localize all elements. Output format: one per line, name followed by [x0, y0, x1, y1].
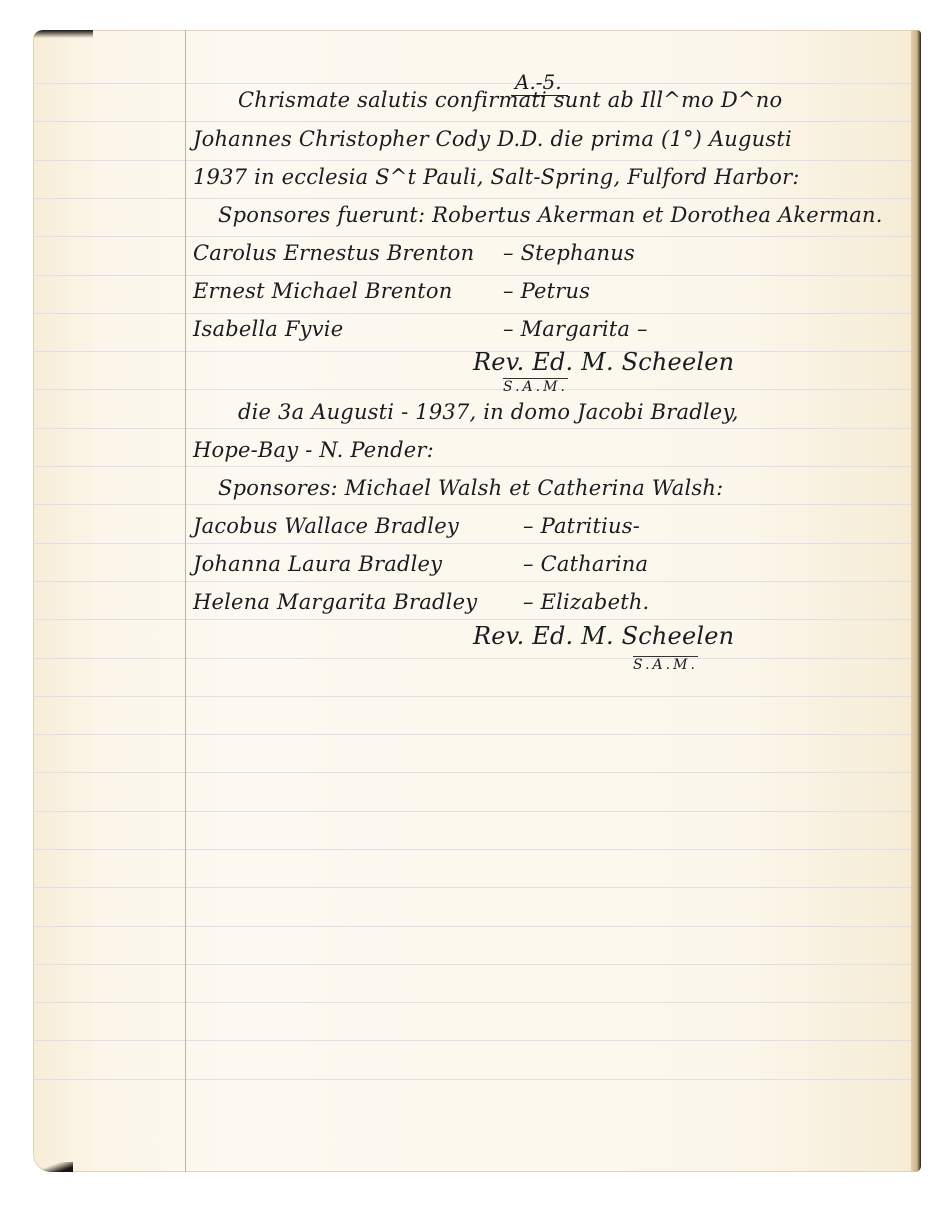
ruled-line — [33, 543, 911, 544]
ruled-line — [33, 198, 911, 199]
confirmation-name: – Stephanus — [503, 241, 635, 265]
ruled-line — [33, 83, 911, 84]
margin-line — [185, 30, 186, 1172]
ruled-line — [33, 504, 911, 505]
confirmation-name: – Catharina — [523, 552, 648, 576]
confirmand-name: Johanna Laura Bradley — [193, 552, 442, 576]
sponsors-line: Sponsores: Michael Walsh et Catherina Wa… — [218, 476, 723, 500]
confirmand-name: Jacobus Wallace Bradley — [193, 514, 459, 538]
ruled-line — [33, 811, 911, 812]
ruled-line — [33, 887, 911, 888]
ruled-line — [33, 849, 911, 850]
confirmand-name: Isabella Fyvie — [193, 317, 343, 341]
confirmation-name: – Petrus — [503, 279, 590, 303]
confirmation-name: – Patritius- — [523, 514, 640, 538]
signature-suffix: S.A.M. — [633, 656, 698, 673]
page-corner-shadow — [33, 30, 93, 38]
ruled-line — [33, 121, 911, 122]
entry-text-line: 1937 in ecclesia S^t Pauli, Salt-Spring,… — [193, 165, 800, 189]
ledger-page: A.-5. Chrismate salutis confirmati sunt … — [33, 30, 921, 1172]
ruled-line — [33, 581, 911, 582]
priest-signature: Rev. Ed. M. Scheelen — [473, 622, 734, 650]
ruled-line — [33, 1040, 911, 1041]
confirmand-name: Ernest Michael Brenton — [193, 279, 453, 303]
page-corner-shadow — [33, 1162, 73, 1172]
ruled-line — [33, 313, 911, 314]
entry-text-line: Johannes Christopher Cody D.D. die prima… — [193, 127, 792, 151]
ruled-line — [33, 275, 911, 276]
ruled-line — [33, 619, 911, 620]
ruled-line — [33, 772, 911, 773]
confirmation-name: – Elizabeth. — [523, 590, 649, 614]
entry-text-line: Chrismate salutis confirmati sunt ab Ill… — [238, 88, 782, 112]
ruled-line — [33, 696, 911, 697]
confirmand-name: Helena Margarita Bradley — [193, 590, 477, 614]
ruled-line — [33, 964, 911, 965]
ruled-line — [33, 466, 911, 467]
ruled-line — [33, 1002, 911, 1003]
confirmation-name: – Margarita – — [503, 317, 648, 341]
ruled-line — [33, 236, 911, 237]
entry-text-line: die 3a Augusti - 1937, in domo Jacobi Br… — [238, 400, 739, 424]
ruled-line — [33, 160, 911, 161]
confirmand-name: Carolus Ernestus Brenton — [193, 241, 474, 265]
page-edge — [911, 30, 921, 1172]
ruled-line — [33, 658, 911, 659]
ruled-line — [33, 351, 911, 352]
sponsors-line: Sponsores fuerunt: Robertus Akerman et D… — [218, 203, 883, 227]
priest-signature: Rev. Ed. M. Scheelen — [473, 348, 734, 376]
ruled-line — [33, 926, 911, 927]
ruled-line — [33, 389, 911, 390]
signature-suffix: S.A.M. — [503, 378, 568, 395]
ruled-line — [33, 734, 911, 735]
ruled-line — [33, 428, 911, 429]
ruled-line — [33, 1079, 911, 1080]
entry-text-line: Hope-Bay - N. Pender: — [193, 438, 434, 462]
